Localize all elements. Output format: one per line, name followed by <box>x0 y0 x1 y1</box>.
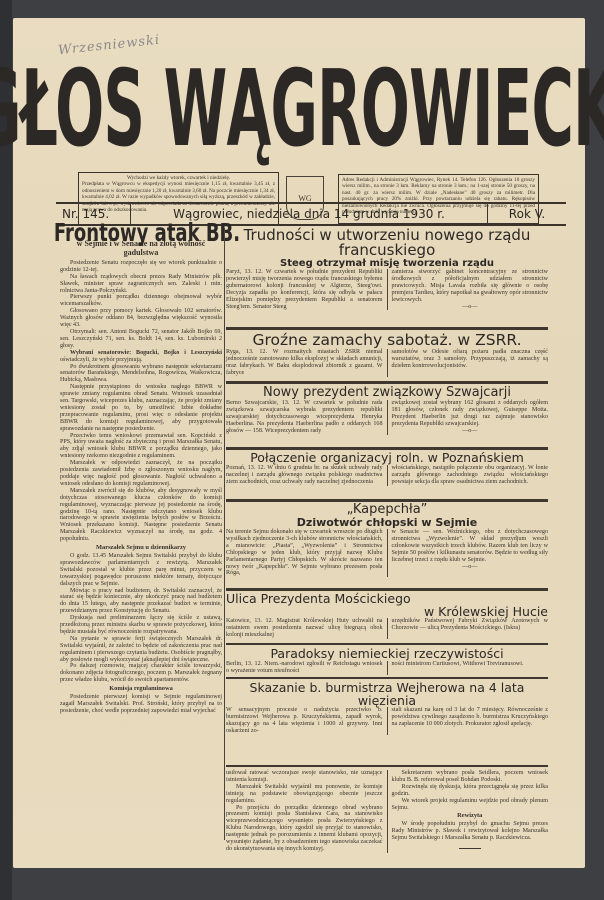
article-column: urzędników Państwowej Fabryki Związków A… <box>388 618 549 639</box>
continuation-column: usiłował ratować wczorajsze swoje stanow… <box>226 770 388 853</box>
paragraph: Posiedzenie pierwszej komisji w Sejmie r… <box>60 694 222 715</box>
section-heading: Komisja regulaminowa <box>60 686 222 693</box>
paragraph: Sekretarzem wybrano posła Seidlera, pocz… <box>392 770 549 784</box>
paragraph: Następnie przystąpiono do wniosku nagłeg… <box>60 384 222 432</box>
article-title: „Kapepchła” <box>226 503 548 516</box>
article-swiss-president: Nowy prezydent związkowy Szwajcarji Bern… <box>226 385 548 435</box>
article-kapepchla: „Kapepchła” Dziwotwór chłopski w Sejmie … <box>226 503 548 577</box>
article-column: włościańskiego, nastąpiło połączenie obu… <box>388 465 549 486</box>
article-ussr-sabotage: Groźne zamachy sabotaż. w ZSRR. Ryga, 13… <box>226 332 548 377</box>
paragraph: Wybrani senatorowie: Bogucki, Bojko i Le… <box>60 350 222 364</box>
article-separator <box>226 643 548 645</box>
column-divider <box>224 228 225 840</box>
paragraph: Na ławach rządowych obecni prezes Rady M… <box>60 274 222 295</box>
article-column: w Senacie — sen. Woźnickiego, obu z doty… <box>388 529 549 577</box>
paragraph: Rozwinęła się dyskusja, która przeciągnę… <box>392 784 549 798</box>
article-separator <box>226 327 548 330</box>
paragraph: Po przejściu do porządku dziennego obrad… <box>226 805 383 853</box>
bold-lead-continuation: oświadczyli, że wybór przyjmują. <box>60 357 142 363</box>
article-text: w Senacie — sen. Woźnickiego, obu z doty… <box>392 529 549 563</box>
article-title: Połączenie organizacyj roln. w Poznański… <box>226 450 548 465</box>
article-separator <box>226 765 548 767</box>
article-title: Trudności w utworzeniu nowego rządu fran… <box>226 228 548 258</box>
paragraph: Na pytanie w sprawie ferji świątecznych … <box>60 636 222 664</box>
end-mark: —o— <box>392 304 549 311</box>
article-separator <box>226 677 548 679</box>
article-column: Ryga, 13. 12. W rozmaitych miastach ZSRR… <box>226 349 388 377</box>
article-column: Poznań, 13. 12. W dniu 6 grudnia br. na … <box>226 465 388 486</box>
paragraph: Marszałek w odpowiedzi zaznaczył, że na … <box>60 460 222 488</box>
paragraph: Mówiąc o pracy nad budżetem, dr. Switals… <box>60 588 222 616</box>
article-column: Paryż, 13. 12. W czwartek w południe pre… <box>226 269 388 310</box>
paragraph: Pierwszy punkt porządku dziennego obejmo… <box>60 294 222 308</box>
end-mark: —o— <box>392 564 549 571</box>
article-wejherowo-mayor: Skazanie b. burmistrza Wejherowa na 4 la… <box>226 681 548 735</box>
article-title-continuation: w Królewskiej Hucie <box>226 605 548 618</box>
article-subtitle: Dziwotwór chłopski w Sejmie <box>226 516 548 529</box>
continuation-column: Sekretarzem wybrano posła Seidlera, pocz… <box>388 770 549 853</box>
paragraph: Dyskusja nad preliminarzem łączy się ści… <box>60 615 222 636</box>
paragraph: Marszałek zwrócił się do klubów, aby des… <box>60 488 222 543</box>
lead-article-continuation: usiłował ratować wczorajsze swoje stanow… <box>226 770 548 853</box>
article-column: Na terenie Sejmu dokonało się w czwartek… <box>226 529 388 577</box>
paragraph: Głosowano przy pomocy kartek. Głosowało … <box>60 308 222 329</box>
paragraph: W środę popołudniu przybył do gmachu Sej… <box>392 821 549 842</box>
article-german-paradoxes: Paradoksy niemieckiej rzeczywistości Ber… <box>226 647 548 675</box>
bold-lead: Wybrani senatorowie: Bogucki, Bojko i Le… <box>70 350 222 356</box>
paragraph: Po dalszej rozmowie, mającej charakter ś… <box>60 663 222 684</box>
end-mark: —o— <box>392 428 549 435</box>
article-column: zamierza stworzyć gabinet koncentracyjny… <box>388 269 549 310</box>
lead-article: Frontowy atak BB. w Sejmie i w Senacie n… <box>60 228 222 715</box>
article-poznan-merger: Połączenie organizacyj roln. w Poznański… <box>226 450 548 486</box>
lead-article-title: Frontowy atak BB. <box>54 230 228 237</box>
article-title: Nowy prezydent związkowy Szwajcarji <box>226 385 548 400</box>
article-moscicki-street: Ulica Prezydenta Mościckiego w Królewski… <box>226 592 548 639</box>
section-heading: Marszałek Sejmu u dziennikarzy <box>60 545 222 552</box>
paragraph: Posiedzenie Senatu rozpoczęło się we wto… <box>60 260 222 274</box>
paragraph: usiłował ratować wczorajsze swoje stanow… <box>226 770 383 784</box>
article-subtitle: Steeg otrzymał misję tworzenia rządu <box>226 258 548 269</box>
article-text: zamierza stworzyć gabinet koncentracyjny… <box>392 269 549 303</box>
article-text: związkowej został wybrany 162 głosami z … <box>392 400 549 427</box>
article-column: ności ministrom Curtiusowi, Witthowi Tre… <box>388 661 549 675</box>
article-column: związkowej został wybrany 162 głosami z … <box>388 400 549 435</box>
paragraph: Przeciwko temu wnioskowi przemawiał sen.… <box>60 433 222 461</box>
article-column: W sensacyjnym procesie o nadużycia przec… <box>226 707 388 735</box>
paragraph: We wtorek projekt regulaminu wejdzie pod… <box>392 798 549 812</box>
article-column: Katowice, 13. 12. Magistrat Królewskiej … <box>226 618 388 639</box>
article-column: Berno Szwajcarskie, 13. 12. W czwartek w… <box>226 400 388 435</box>
newspaper-masthead: GŁOS WĄGROWIECKI <box>125 45 486 175</box>
article-title: Skazanie b. burmistrza Wejherowa na 4 la… <box>226 681 548 707</box>
paragraph: Otrzymali: sen. Antoni Bogucki 72, senat… <box>60 329 222 350</box>
article-column: stali skazani na karę od 3 lat do 7 mies… <box>388 707 549 735</box>
volume-year: Rok V. <box>487 204 566 224</box>
article-separator <box>226 381 548 384</box>
article-title: Groźne zamachy sabotaż. w ZSRR. <box>226 332 548 349</box>
paragraph: Po dwukrotnem głosowaniu wybrano następn… <box>60 364 222 385</box>
section-heading: Rewizyta <box>392 813 549 820</box>
article-france: Trudności w utworzeniu nowego rządu fran… <box>226 228 548 310</box>
paragraph: Marszałek Switalski wyjaśnił mu ponownie… <box>226 784 383 805</box>
article-title: Paradoksy niemieckiej rzeczywistości <box>226 647 548 661</box>
article-column: samolotów w Odesie ofiarą pożaru padła z… <box>388 349 549 377</box>
end-rule <box>459 848 481 849</box>
article-column: Berlin, 13. 12. Niem.-narodowi zgłosili … <box>226 661 388 675</box>
paragraph: O godz. 13.45 Marszałek Sejmu Switalski … <box>60 553 222 588</box>
